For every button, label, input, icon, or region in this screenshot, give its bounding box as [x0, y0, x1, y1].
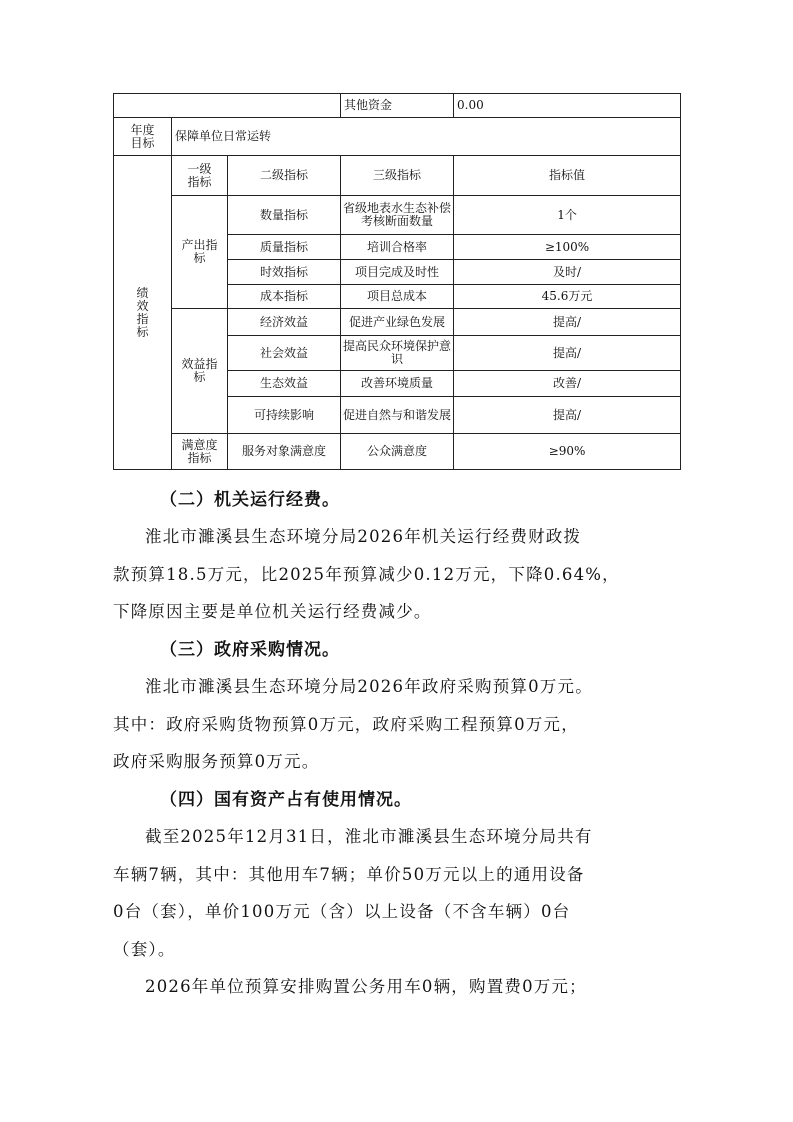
level3-cell: 公众满意度 [341, 434, 454, 470]
level3-cell: 项目总成本 [341, 285, 454, 309]
level2-cell: 服务对象满意度 [228, 434, 341, 470]
header-level3: 三级指标 [341, 156, 454, 196]
level3-cell: 改善环境质量 [341, 371, 454, 397]
level2-cell: 质量指标 [228, 235, 341, 260]
level3-cell: 培训合格率 [341, 235, 454, 260]
vehicle-purchase-paragraph: 2026年单位预算安排购置公务用车0辆，购置费0万元； [113, 968, 683, 1006]
value-cell: 改善/ [454, 371, 681, 397]
other-funds-label: 其他资金 [341, 94, 454, 118]
header-level2: 二级指标 [228, 156, 341, 196]
perf-indicator-label: 绩效指标 [114, 156, 172, 470]
level2-cell: 时效指标 [228, 260, 341, 285]
header-value: 指标值 [454, 156, 681, 196]
section-body-2: 淮北市濉溪县生态环境分局2026年机关运行经费财政拨 款预算18.5万元，比20… [113, 518, 683, 631]
value-cell: 及时/ [454, 260, 681, 285]
section-body-4: 截至2025年12月31日，淮北市濉溪县生态环境分局共有 车辆7辆，其中：其他用… [113, 818, 683, 968]
level3-cell: 促进产业绿色发展 [341, 309, 454, 336]
level3-cell: 项目完成及时性 [341, 260, 454, 285]
value-cell: ≥90% [454, 434, 681, 470]
value-cell: 45.6万元 [454, 285, 681, 309]
level2-cell: 可持续影响 [228, 397, 341, 434]
section-heading-3: （三）政府采购情况。 [160, 635, 340, 660]
other-funds-value: 0.00 [454, 94, 681, 118]
level2-cell: 数量指标 [228, 196, 341, 235]
header-level1: 一级指标 [172, 156, 228, 196]
level1-satisfaction: 满意度指标 [172, 434, 228, 470]
value-cell: 提高/ [454, 336, 681, 371]
level2-cell: 生态效益 [228, 371, 341, 397]
section-heading-4: （四）国有资产占有使用情况。 [160, 785, 412, 810]
blank-cell [114, 94, 341, 118]
section-heading-2: （二）机关运行经费。 [160, 485, 340, 510]
level2-cell: 经济效益 [228, 309, 341, 336]
annual-goal-label: 年度目标 [114, 118, 172, 156]
section-body-3: 淮北市濉溪县生态环境分局2026年政府采购预算0万元。 其中：政府采购货物预算0… [113, 668, 683, 781]
annual-goal-value: 保障单位日常运转 [172, 118, 681, 156]
value-cell: ≥100% [454, 235, 681, 260]
level3-cell: 提高民众环境保护意识 [341, 336, 454, 371]
level3-cell: 促进自然与和谐发展 [341, 397, 454, 434]
value-cell: 提高/ [454, 309, 681, 336]
level1-benefit: 效益指标 [172, 309, 228, 434]
level2-cell: 社会效益 [228, 336, 341, 371]
level2-cell: 成本指标 [228, 285, 341, 309]
level3-cell: 省级地表水生态补偿考核断面数量 [341, 196, 454, 235]
value-cell: 1个 [454, 196, 681, 235]
value-cell: 提高/ [454, 397, 681, 434]
level1-output: 产出指标 [172, 196, 228, 309]
performance-table: 其他资金 0.00 年度目标 保障单位日常运转 绩效指标 一级指标 二级指标 三… [113, 93, 681, 470]
